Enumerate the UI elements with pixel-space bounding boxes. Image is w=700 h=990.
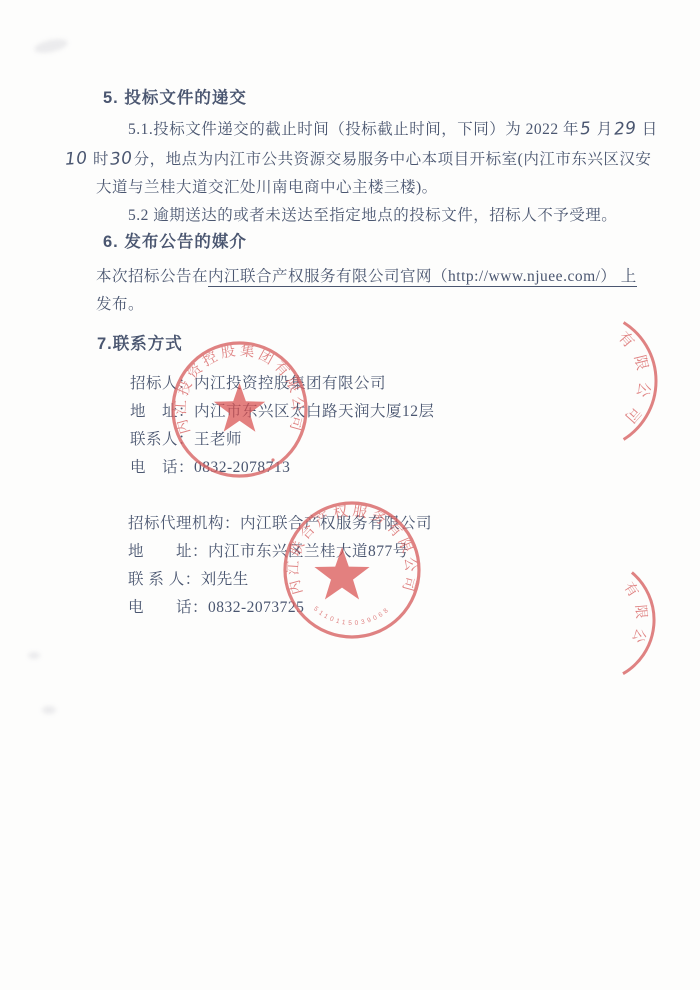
handwritten-hour: 10 [64,148,88,170]
edge-seal-top-text: 有限公司 [615,329,653,434]
scanned-document-page: 5. 投标文件的递交 5.1.投标文件递交的截止时间（投标截止时间，下同）为 2… [0,0,700,990]
tenderer-seal-stamp-icon: 内江投资控股集团有限公司 [169,339,310,480]
agency-seal-stamp-icon: 内江联合产权服务有限公司 5110115039068 [281,499,423,641]
scan-smudge [28,652,40,659]
svg-text:5110115039068: 5110115039068 [312,605,392,627]
agency-phone-label: 电 话： [128,599,208,616]
section-6-body-line-1: 本次招标公告在内江联合产权服务有限公司官网（http://www.njuee.c… [96,267,637,287]
handwritten-minute: 30 [109,148,133,170]
clause-5-1-text-hour: 时 [89,151,109,168]
agency-contact-label: 联 系 人： [128,571,201,588]
handwritten-day: 29 [613,118,637,140]
edge-seal-bottom-icon: 有限公 [522,550,662,690]
clause-5-1-text-pre: 5.1.投标文件递交的截止时间（投标截止时间，下同）为 2022 年 [128,121,579,138]
scan-smudge [33,37,69,56]
section-6-body-line-2: 发布。 [96,295,144,315]
section-5-heading: 5. 投标文件的递交 [103,88,247,108]
publication-website-underlined: 内江联合产权服务有限公司官网（http://www.njuee.com/） 上 [208,268,637,287]
agency-row: 电 话：0832-2073725 [128,598,304,618]
agency-contact: 刘先生 [201,571,249,588]
agency-row: 联 系 人：刘先生 [128,570,249,590]
clause-5-1-line-1: 5.1.投标文件递交的截止时间（投标截止时间，下同）为 2022 年5 月29 … [128,119,658,140]
agency-seal-star-icon [314,547,369,600]
clause-5-1-line-2: 10 时30分，地点为内江市公共资源交易服务中心本项目开标室(内江市东兴区汉安 [64,149,651,170]
clause-5-1-line-3: 大道与兰桂大道交汇处川南电商中心主楼三楼)。 [96,178,438,198]
handwritten-month: 5 [579,119,592,140]
section-6-heading: 6. 发布公告的媒介 [103,232,247,252]
tenderer-seal-star-icon [214,383,265,432]
tenderer-seal-dot [271,458,274,461]
clause-5-1-text-end: 日 [637,121,657,138]
scan-smudge [42,706,56,714]
clause-5-1-text-location: 分，地点为内江市公共资源交易服务中心本项目开标室(内江市东兴区汉安 [134,151,652,168]
tenderer-seal-dot [279,460,282,463]
section-6-text-pre: 本次招标公告在 [96,268,208,285]
agency-address-label: 地 址： [128,543,208,560]
agency-label: 招标代理机构： [128,515,240,532]
clause-5-2: 5.2 逾期送达的或者未送达至指定地点的投标文件，招标人不予受理。 [128,206,617,226]
agency-seal-code: 5110115039068 [312,605,392,627]
svg-text:有限公司: 有限公司 [615,329,653,434]
clause-5-1-text-mid: 月 [592,121,612,138]
edge-seal-top-icon: 有限公司 [512,306,662,456]
